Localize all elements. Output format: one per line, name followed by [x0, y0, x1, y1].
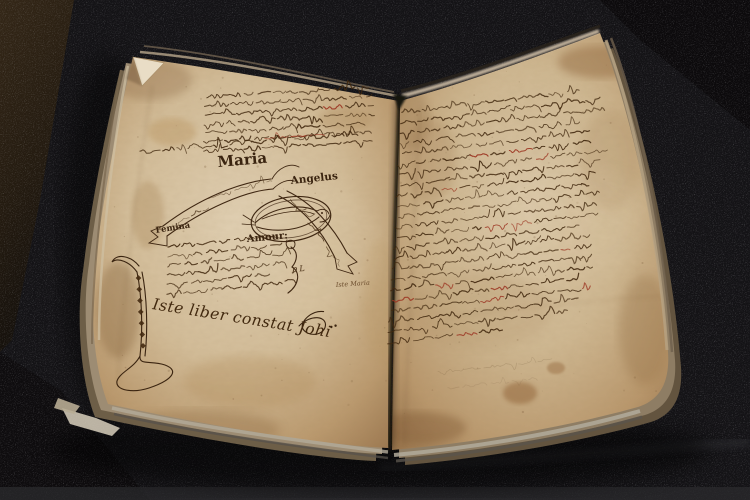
left-page — [85, 46, 405, 458]
annotation-mark: ꝑ L — [290, 264, 305, 274]
left-page-surface — [85, 50, 405, 455]
photo-medieval-manuscript: Maria Angelus Femina Amour: Iste liber c… — [0, 0, 750, 500]
manuscript-photo-canvas: Maria Angelus Femina Amour: Iste liber c… — [0, 0, 750, 500]
